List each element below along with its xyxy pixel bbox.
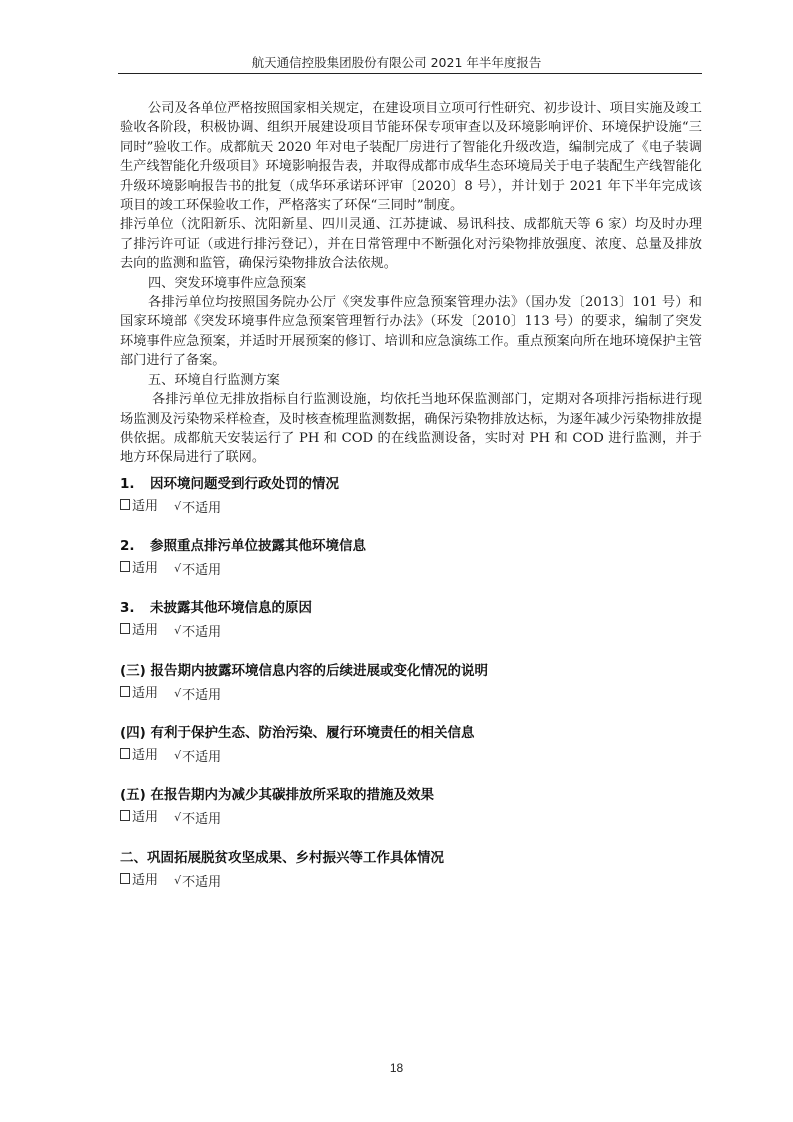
check-mark-icon: √ bbox=[174, 500, 181, 513]
checkbox-empty-icon bbox=[120, 499, 130, 510]
section-title: (三) 报告期内披露环境信息内容的后续进展或变化情况的说明 bbox=[120, 663, 488, 679]
running-header: 航天通信控股集团股份有限公司 2021 年半年度报告 bbox=[0, 53, 793, 71]
section-number: 3. bbox=[120, 600, 150, 616]
section-title: 二、巩固拓展脱贫攻坚成果、乡村振兴等工作具体情况 bbox=[120, 850, 444, 866]
section-heading-penalties: 1.因环境问题受到行政处罚的情况 bbox=[120, 472, 339, 492]
option-applicable[interactable]: 适用 bbox=[120, 619, 158, 638]
option-applicable[interactable]: 适用 bbox=[120, 557, 158, 576]
header-divider bbox=[118, 73, 702, 74]
section-number: 1. bbox=[120, 476, 150, 492]
subheading-emergency-plan: 四、突发环境事件应急预案 bbox=[120, 274, 702, 293]
paragraph-construction-compliance: 公司及各单位严格按照国家相关规定，在建设项目立项可行性研究、初步设计、项目实施及… bbox=[120, 99, 702, 215]
section-number: 2. bbox=[120, 538, 150, 554]
option-applicable[interactable]: 适用 bbox=[120, 869, 158, 888]
section-title: (五) 在报告期内为减少其碳排放所采取的措施及效果 bbox=[120, 787, 434, 803]
option-not-applicable[interactable]: √不适用 bbox=[174, 559, 221, 578]
applicability-options: 适用 √不适用 bbox=[120, 869, 233, 890]
checkbox-empty-icon bbox=[120, 561, 130, 572]
section-title: 因环境问题受到行政处罚的情况 bbox=[150, 476, 339, 492]
section-heading-poverty-alleviation: 二、巩固拓展脱贫攻坚成果、乡村振兴等工作具体情况 bbox=[120, 846, 444, 866]
paragraph-self-monitoring: 各排污单位无排放指标自行监测设施，均依托当地环保监测部门，定期对各项排污指标进行… bbox=[120, 390, 702, 468]
option-applicable[interactable]: 适用 bbox=[120, 806, 158, 825]
checkbox-empty-icon bbox=[120, 748, 130, 759]
section-heading-carbon-reduction: (五) 在报告期内为减少其碳排放所采取的措施及效果 bbox=[120, 783, 434, 803]
section-title: 未披露其他环境信息的原因 bbox=[150, 600, 312, 616]
paragraph-emergency-plan: 各排污单位均按照国务院办公厅《突发事件应急预案管理办法》（国办发〔2013〕10… bbox=[120, 293, 702, 371]
applicability-options: 适用 √不适用 bbox=[120, 806, 233, 827]
applicability-options: 适用 √不适用 bbox=[120, 744, 233, 765]
section-heading-other-env-info: 2.参照重点排污单位披露其他环境信息 bbox=[120, 534, 366, 554]
applicability-options: 适用 √不适用 bbox=[120, 619, 233, 640]
body-text-block: 公司及各单位严格按照国家相关规定，在建设项目立项可行性研究、初步设计、项目实施及… bbox=[120, 99, 702, 468]
option-applicable[interactable]: 适用 bbox=[120, 495, 158, 514]
section-heading-disclosure-progress: (三) 报告期内披露环境信息内容的后续进展或变化情况的说明 bbox=[120, 659, 488, 679]
document-page: 航天通信控股集团股份有限公司 2021 年半年度报告 公司及各单位严格按照国家相… bbox=[0, 0, 793, 1122]
page-number: 18 bbox=[0, 1061, 793, 1075]
option-not-applicable[interactable]: √不适用 bbox=[174, 746, 221, 765]
section-heading-environmental-responsibility: (四) 有利于保护生态、防治污染、履行环境责任的相关信息 bbox=[120, 721, 475, 741]
option-not-applicable[interactable]: √不适用 bbox=[174, 684, 221, 703]
check-mark-icon: √ bbox=[174, 687, 181, 700]
applicability-options: 适用 √不适用 bbox=[120, 682, 233, 703]
section-title: (四) 有利于保护生态、防治污染、履行环境责任的相关信息 bbox=[120, 725, 475, 741]
option-not-applicable[interactable]: √不适用 bbox=[174, 497, 221, 516]
applicability-options: 适用 √不适用 bbox=[120, 495, 233, 516]
check-mark-icon: √ bbox=[174, 562, 181, 575]
check-mark-icon: √ bbox=[174, 624, 181, 637]
checkbox-empty-icon bbox=[120, 873, 130, 884]
option-applicable[interactable]: 适用 bbox=[120, 744, 158, 763]
checkbox-empty-icon bbox=[120, 810, 130, 821]
option-not-applicable[interactable]: √不适用 bbox=[174, 621, 221, 640]
checkbox-empty-icon bbox=[120, 686, 130, 697]
subheading-self-monitoring: 五、环境自行监测方案 bbox=[120, 371, 702, 390]
option-not-applicable[interactable]: √不适用 bbox=[174, 871, 221, 890]
check-mark-icon: √ bbox=[174, 874, 181, 887]
check-mark-icon: √ bbox=[174, 811, 181, 824]
section-heading-nondisclosure-reason: 3.未披露其他环境信息的原因 bbox=[120, 596, 312, 616]
applicability-options: 适用 √不适用 bbox=[120, 557, 233, 578]
option-applicable[interactable]: 适用 bbox=[120, 682, 158, 701]
check-mark-icon: √ bbox=[174, 749, 181, 762]
paragraph-discharge-permits: 排污单位（沈阳新乐、沈阳新星、四川灵通、江苏捷诚、易讯科技、成都航天等 6 家）… bbox=[120, 215, 702, 273]
section-title: 参照重点排污单位披露其他环境信息 bbox=[150, 538, 366, 554]
checkbox-empty-icon bbox=[120, 623, 130, 634]
option-not-applicable[interactable]: √不适用 bbox=[174, 808, 221, 827]
